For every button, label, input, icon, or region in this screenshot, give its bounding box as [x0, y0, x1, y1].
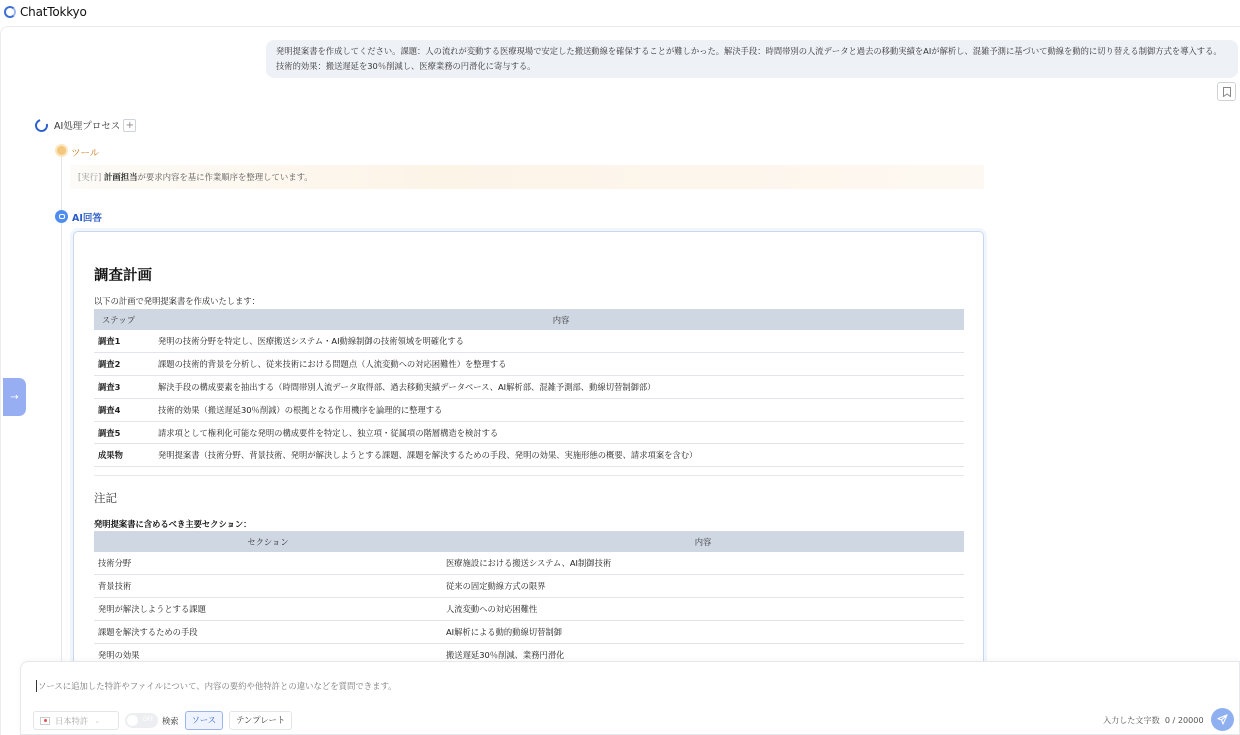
bookmark-icon — [1223, 87, 1231, 97]
question-input[interactable] — [36, 680, 1036, 692]
ai-answer-label: AI回答 — [72, 210, 102, 224]
plan-step: 調査3 — [94, 376, 158, 399]
plan-content: 解決手段の構成要素を抽出する（時間帯別人流データ取得部、過去移動実績データベース… — [158, 376, 964, 399]
plan-row: 調査2課題の技術的背景を分析し、従来技術における問題点（人流変動への対応困難性）… — [94, 353, 964, 376]
bookmark-button[interactable] — [1217, 82, 1236, 101]
top-bar: ChatTokkyo — [0, 0, 1240, 24]
section-row: 発明が解決しようとする課題人流変動への対応困難性 — [94, 598, 964, 621]
tool-label: ツール — [71, 145, 99, 159]
section-content: 医療施設における搬送システム、AI制御技術 — [442, 552, 964, 575]
patent-region-select[interactable]: 日本特許 ⌄ — [33, 711, 119, 730]
section-name: 技術分野 — [94, 552, 442, 575]
char-count: 入力した文字数 0 / 20000 — [1103, 715, 1204, 726]
plan-intro: 以下の計画で発明提案書を作成いたします： — [94, 295, 260, 307]
plan-content: 請求項として権利化可能な発明の構成要件を特定し、独立項・従属項の階層構造を検討す… — [158, 421, 964, 444]
search-toggle[interactable]: OFF — [125, 713, 158, 728]
tool-execution-log: [実行] 計画担当が要求内容を基に作業順序を整理しています。 — [70, 165, 984, 189]
logo-icon — [4, 6, 16, 18]
plan-step: 調査1 — [94, 330, 158, 353]
timeline-line — [61, 156, 62, 661]
exec-tag: [実行] — [78, 172, 101, 182]
chevron-down-icon: ⌄ — [94, 717, 100, 725]
note-heading: 注記 — [94, 490, 117, 506]
exec-actor: 計画担当 — [104, 172, 138, 182]
note-subheading: 発明提案書に含めるべき主要セクション： — [94, 518, 251, 530]
section-content: 従来の固定動線方式の限界 — [442, 575, 964, 598]
section-name: 背景技術 — [94, 575, 442, 598]
plan-row: 調査4技術的効果（搬送遅延30％削減）の根拠となる作用機序を論理的に整理する — [94, 398, 964, 421]
source-button[interactable]: ソース — [185, 711, 223, 730]
plan-step: 調査2 — [94, 353, 158, 376]
section-name: 課題を解決するための手段 — [94, 620, 442, 643]
plan-step: 調査5 — [94, 421, 158, 444]
composer: 日本特許 ⌄ OFF 検索 ソース テンプレート 入力した文字数 0 / 200… — [20, 661, 1240, 735]
exec-text: が要求内容を基に作業順序を整理しています。 — [137, 172, 312, 182]
plan-row: 調査3解決手段の構成要素を抽出する（時間帯別人流データ取得部、過去移動実績データ… — [94, 376, 964, 399]
section-table: セクション 内容 技術分野医療施設における搬送システム、AI制御技術背景技術従来… — [94, 531, 964, 666]
japan-flag-icon — [40, 717, 50, 725]
plan-header-step: ステップ — [94, 309, 158, 330]
section-content: 人流変動への対応困難性 — [442, 598, 964, 621]
send-button[interactable] — [1211, 708, 1234, 731]
plan-step: 成果物 — [94, 444, 158, 467]
section-name: 発明が解決しようとする課題 — [94, 598, 442, 621]
section-content: AI解析による動的動線切替制御 — [442, 620, 964, 643]
arrow-right-icon: → — [10, 392, 18, 403]
ai-answer-icon — [55, 210, 68, 223]
section-header-content: 内容 — [442, 531, 964, 552]
plan-content: 発明の技術分野を特定し、医療搬送システム・AI動線制御の技術領域を明確化する — [158, 330, 964, 353]
app-title: ChatTokkyo — [20, 5, 87, 19]
section-row: 技術分野医療施設における搬送システム、AI制御技術 — [94, 552, 964, 575]
ai-process-header: AI処理プロセス + — [35, 118, 136, 132]
plan-content: 課題の技術的背景を分析し、従来技術における問題点（人流変動への対応困難性）を整理… — [158, 353, 964, 376]
sidebar-toggle-button[interactable]: → — [3, 378, 26, 416]
tool-icon — [57, 146, 66, 155]
answer-card: 調査計画 以下の計画で発明提案書を作成いたします： ステップ 内容 調査1発明の… — [73, 231, 984, 671]
section-row: 背景技術従来の固定動線方式の限界 — [94, 575, 964, 598]
user-message: 発明提案書を作成してください。課題：人の流れが変動する医療現場で安定した搬送動線… — [266, 40, 1238, 78]
section-row: 課題を解決するための手段AI解析による動的動線切替制御 — [94, 620, 964, 643]
plan-row: 調査5請求項として権利化可能な発明の構成要件を特定し、独立項・従属項の階層構造を… — [94, 421, 964, 444]
plan-content: 技術的効果（搬送遅延30％削減）の根拠となる作用機序を論理的に整理する — [158, 398, 964, 421]
divider — [94, 475, 964, 476]
plan-header-content: 内容 — [158, 309, 964, 330]
plan-content: 発明提案書（技術分野、背景技術、発明が解決しようとする課題、課題を解決するための… — [158, 444, 964, 467]
plan-step: 調査4 — [94, 398, 158, 421]
section-header-section: セクション — [94, 531, 442, 552]
ai-process-icon — [33, 116, 51, 134]
plan-table: ステップ 内容 調査1発明の技術分野を特定し、医療搬送システム・AI動線制御の技… — [94, 309, 964, 467]
plan-heading: 調査計画 — [94, 264, 152, 285]
ai-process-label: AI処理プロセス — [54, 118, 120, 132]
search-toggle-label: 検索 — [162, 715, 179, 727]
plan-row: 調査1発明の技術分野を特定し、医療搬送システム・AI動線制御の技術領域を明確化す… — [94, 330, 964, 353]
plan-row: 成果物発明提案書（技術分野、背景技術、発明が解決しようとする課題、課題を解決する… — [94, 444, 964, 467]
region-select-value: 日本特許 — [55, 715, 88, 727]
expand-process-button[interactable]: + — [123, 119, 136, 132]
template-button[interactable]: テンプレート — [229, 711, 292, 730]
send-icon — [1217, 714, 1228, 725]
